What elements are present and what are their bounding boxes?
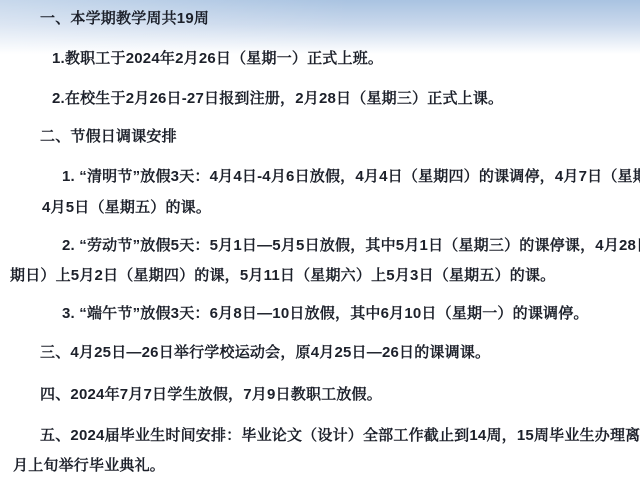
section-heading-1: 一、本学期教学周共19周 [40,10,209,28]
document-page: 一、本学期教学周共19周 1.教职工于2024年2月26日（星期一）正式上班。 … [0,0,640,484]
item-labor-day-holiday: 2. “劳动节”放假5天：5月1日—5月5日放假，其中5月1日（星期三）的课停课… [62,237,640,255]
section-heading-5-cont: 月上旬举行毕业典礼。 [13,457,165,475]
item-staff-start-date: 1.教职工于2024年2月26日（星期一）正式上班。 [52,50,383,68]
section-heading-2: 二、节假日调课安排 [40,128,177,146]
item-dragon-boat-holiday: 3. “端午节”放假3天：6月8日—10日放假，其中6月10日（星期一）的课调停… [62,305,589,323]
item-labor-day-holiday-cont: 期日）上5月2日（星期四）的课，5月11日（星期六）上5月3日（星期五）的课。 [10,267,555,285]
section-heading-4: 四、2024年7月7日学生放假，7月9日教职工放假。 [40,386,382,404]
item-qingming-holiday-cont: 4月5日（星期五）的课。 [42,199,211,217]
section-heading-5: 五、2024届毕业生时间安排：毕业论文（设计）全部工作截止到14周，15周毕业生… [40,427,640,445]
item-qingming-holiday: 1. “清明节”放假3天：4月4日-4月6日放假，4月4日（星期四）的课调停，4… [62,168,640,186]
section-heading-3: 三、4月25日—26日举行学校运动会，原4月25日—26日的课调课。 [40,344,490,362]
item-student-registration: 2.在校生于2月26日-27日报到注册，2月28日（星期三）正式上课。 [52,90,503,108]
